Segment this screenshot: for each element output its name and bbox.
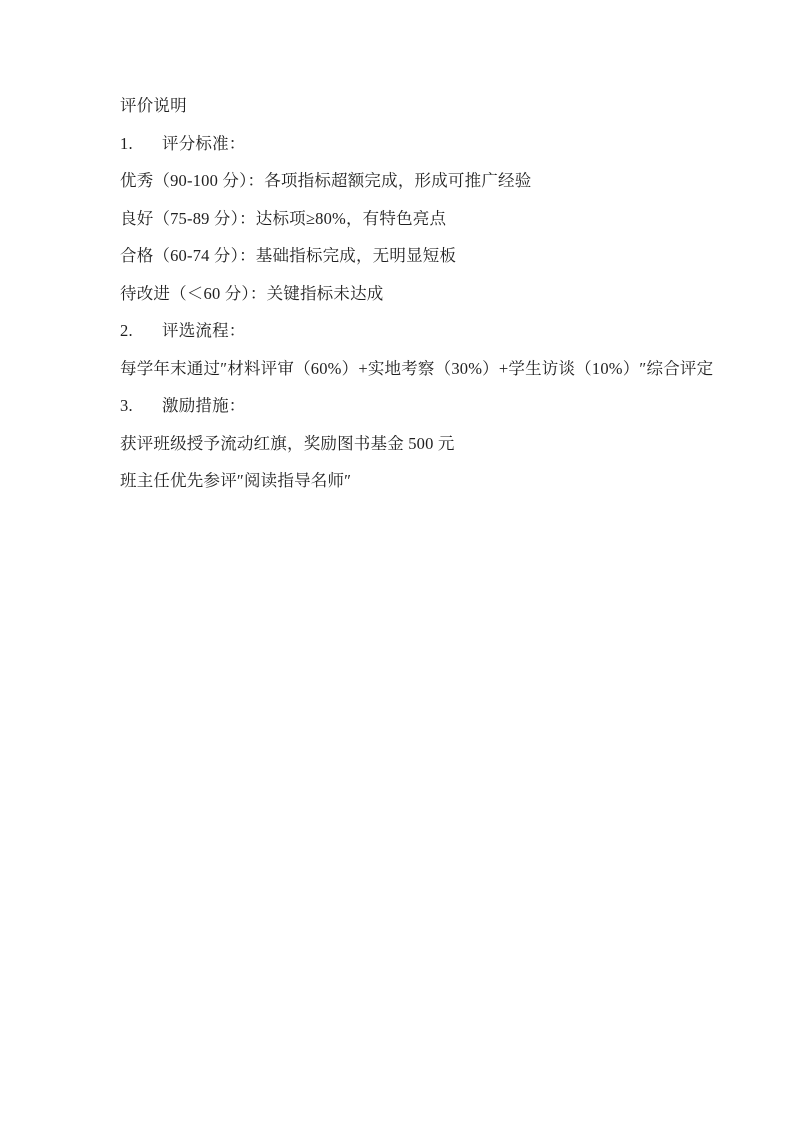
- selection-process: 每学年末通过″材料评审（60%）+实地考察（30%）+学生访谈（10%）″综合评…: [120, 350, 678, 388]
- section-2-heading: 2.评选流程：: [120, 312, 678, 350]
- section-3-heading: 3.激励措施：: [120, 387, 678, 425]
- section-2-heading-text: 评选流程：: [162, 321, 246, 340]
- section-1-heading: 1.评分标准：: [120, 125, 678, 163]
- incentive-class-reward: 获评班级授予流动红旗，奖励图书基金 500 元: [120, 425, 678, 463]
- document-content: 评价说明 1.评分标准： 优秀（90-100 分）：各项指标超额完成，形成可推广…: [120, 87, 678, 500]
- section-2-number: 2.: [120, 312, 162, 350]
- criteria-improve: 待改进（＜60 分）：关键指标未达成: [120, 275, 678, 313]
- document-page: 评价说明 1.评分标准： 优秀（90-100 分）：各项指标超额完成，形成可推广…: [0, 0, 793, 1122]
- section-1-number: 1.: [120, 125, 162, 163]
- section-1-heading-text: 评分标准：: [162, 134, 246, 153]
- criteria-good: 良好（75-89 分）：达标项≥80%，有特色亮点: [120, 200, 678, 238]
- section-3-heading-text: 激励措施：: [162, 396, 246, 415]
- incentive-teacher-reward: 班主任优先参评″阅读指导名师″: [120, 462, 678, 500]
- section-3-number: 3.: [120, 387, 162, 425]
- criteria-excellent: 优秀（90-100 分）：各项指标超额完成，形成可推广经验: [120, 162, 678, 200]
- document-title: 评价说明: [120, 87, 678, 125]
- criteria-pass: 合格（60-74 分）：基础指标完成，无明显短板: [120, 237, 678, 275]
